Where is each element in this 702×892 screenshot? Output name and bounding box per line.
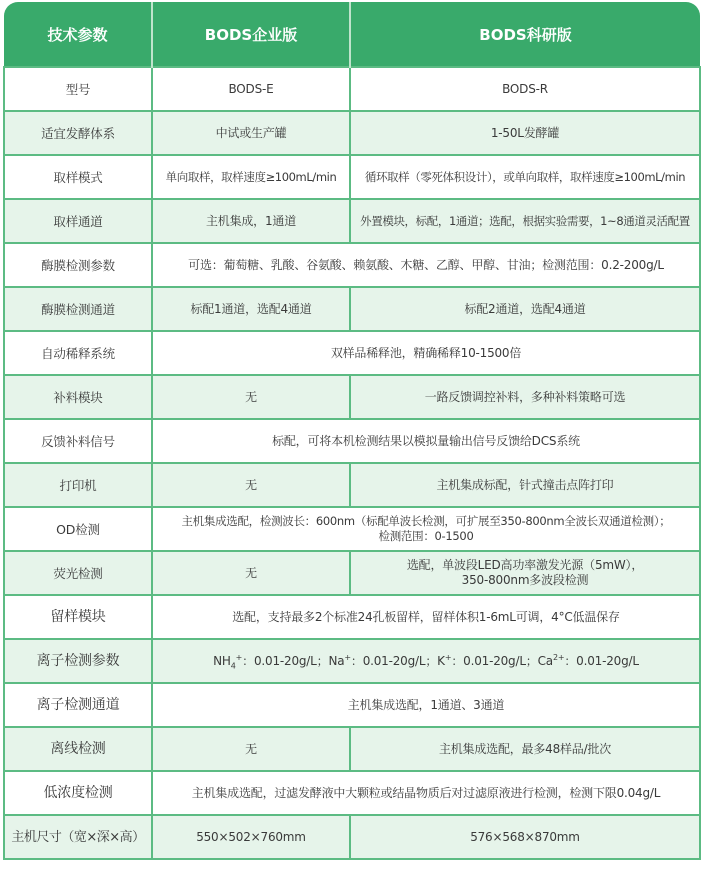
- table-row-dimensions: 主机尺寸（宽×深×高） 550×502×760mm 576×568×870mm: [4, 815, 700, 859]
- table-row-printer: 打印机 无 主机集成标配，针式撞击点阵打印: [4, 463, 700, 507]
- research-value: BODS-R: [350, 67, 700, 111]
- table-row-od-detection: OD检测 主机集成选配，检测波长：600nm（标配单波长检测，可扩展至350-8…: [4, 507, 700, 551]
- header-param: 技术参数: [4, 2, 152, 67]
- table-row-offline-detection: 离线检测 无 主机集成选配，最多48样品/批次: [4, 727, 700, 771]
- row-label: 荧光检测: [4, 551, 152, 595]
- row-label: 留样模块: [4, 595, 152, 639]
- table-row-feedback-signal: 反馈补料信号 标配，可将本机检测结果以模拟量输出信号反馈给DCS系统: [4, 419, 700, 463]
- table-row-low-concentration: 低浓度检测 主机集成选配，过滤发酵液中大颗粒或结晶物质后对过滤原液进行检测，检测…: [4, 771, 700, 815]
- research-value: 选配，单波段LED高功率激发光源（5mW）， 350-800nm多波段检测: [350, 551, 700, 595]
- enterprise-value: 中试或生产罐: [152, 111, 350, 155]
- enterprise-value: 无: [152, 551, 350, 595]
- table-row-fluorescence: 荧光检测 无 选配，单波段LED高功率激发光源（5mW）， 350-800nm多…: [4, 551, 700, 595]
- row-label: 自动稀释系统: [4, 331, 152, 375]
- enterprise-value: 550×502×760mm: [152, 815, 350, 859]
- table-header-row: 技术参数 BODS企业版 BODS科研版: [4, 2, 700, 67]
- research-value: 一路反馈调控补料，多种补料策略可选: [350, 375, 700, 419]
- enterprise-value: 无: [152, 375, 350, 419]
- merged-value: 主机集成选配，1通道、3通道: [152, 683, 700, 727]
- table-row-sampling-channel: 取样通道 主机集成，1通道 外置模块，标配，1通道；选配，根据实验需要，1~8通…: [4, 199, 700, 243]
- research-value: 循环取样（零死体积设计），或单向取样，取样速度≥100mL/min: [350, 155, 700, 199]
- research-value: 主机集成标配，针式撞击点阵打印: [350, 463, 700, 507]
- research-value: 外置模块，标配，1通道；选配，根据实验需要，1~8通道灵活配置: [350, 199, 700, 243]
- table-row-sample-retention: 留样模块 选配，支持最多2个标准24孔板留样，留样体积1-6mL可调，4°C低温…: [4, 595, 700, 639]
- row-label: 型号: [4, 67, 152, 111]
- row-label: 打印机: [4, 463, 152, 507]
- table-row-fermentation-system: 适宜发酵体系 中试或生产罐 1-50L发酵罐: [4, 111, 700, 155]
- row-label: 离子检测通道: [4, 683, 152, 727]
- merged-value: 标配，可将本机检测结果以模拟量输出信号反馈给DCS系统: [152, 419, 700, 463]
- row-label: 反馈补料信号: [4, 419, 152, 463]
- od-line-2: 检测范围：0-1500: [157, 529, 695, 544]
- row-label: 酶膜检测参数: [4, 243, 152, 287]
- row-label: 主机尺寸（宽×深×高）: [4, 815, 152, 859]
- row-label: 离子检测参数: [4, 639, 152, 683]
- table-row-ion-params: 离子检测参数 NH4+：0.01-20g/L；Na+：0.01-20g/L；K+…: [4, 639, 700, 683]
- enterprise-value: 主机集成，1通道: [152, 199, 350, 243]
- merged-value: 可选：葡萄糖、乳酸、谷氨酸、赖氨酸、木糖、乙醇、甲醇、甘油；检测范围：0.2-2…: [152, 243, 700, 287]
- table-row-auto-dilution: 自动稀释系统 双样品稀释池，精确稀释10-1500倍: [4, 331, 700, 375]
- merged-value: 双样品稀释池，精确稀释10-1500倍: [152, 331, 700, 375]
- row-label: 取样模式: [4, 155, 152, 199]
- header-research: BODS科研版: [350, 2, 700, 67]
- row-label: 取样通道: [4, 199, 152, 243]
- research-value: 576×568×870mm: [350, 815, 700, 859]
- enterprise-value: BODS-E: [152, 67, 350, 111]
- enterprise-value: 无: [152, 727, 350, 771]
- row-label: 补料模块: [4, 375, 152, 419]
- table-row-enzyme-channel: 酶膜检测通道 标配1通道，选配4通道 标配2通道，选配4通道: [4, 287, 700, 331]
- row-label: 酶膜检测通道: [4, 287, 152, 331]
- header-enterprise: BODS企业版: [152, 2, 350, 67]
- merged-value: 选配，支持最多2个标准24孔板留样，留样体积1-6mL可调，4°C低温保存: [152, 595, 700, 639]
- research-value: 标配2通道，选配4通道: [350, 287, 700, 331]
- spec-comparison-table: 技术参数 BODS企业版 BODS科研版 型号 BODS-E BODS-R 适宜…: [3, 2, 701, 860]
- fluor-line-1: 选配，单波段LED高功率激发光源（5mW），: [355, 558, 695, 573]
- row-label: 离线检测: [4, 727, 152, 771]
- row-label: OD检测: [4, 507, 152, 551]
- table-row-ion-channel: 离子检测通道 主机集成选配，1通道、3通道: [4, 683, 700, 727]
- table-row-feeding-module: 补料模块 无 一路反馈调控补料，多种补料策略可选: [4, 375, 700, 419]
- merged-value: 主机集成选配，过滤发酵液中大颗粒或结晶物质后对过滤原液进行检测，检测下限0.04…: [152, 771, 700, 815]
- fluor-line-2: 350-800nm多波段检测: [355, 573, 695, 588]
- enterprise-value: 单向取样，取样速度≥100mL/min: [152, 155, 350, 199]
- row-label: 适宜发酵体系: [4, 111, 152, 155]
- enterprise-value: 标配1通道，选配4通道: [152, 287, 350, 331]
- research-value: 1-50L发酵罐: [350, 111, 700, 155]
- merged-value: NH4+：0.01-20g/L；Na+：0.01-20g/L；K+：0.01-2…: [152, 639, 700, 683]
- table-row-enzyme-params: 酶膜检测参数 可选：葡萄糖、乳酸、谷氨酸、赖氨酸、木糖、乙醇、甲醇、甘油；检测范…: [4, 243, 700, 287]
- row-label: 低浓度检测: [4, 771, 152, 815]
- table-row-model: 型号 BODS-E BODS-R: [4, 67, 700, 111]
- table-row-sampling-mode: 取样模式 单向取样，取样速度≥100mL/min 循环取样（零死体积设计），或单…: [4, 155, 700, 199]
- merged-value: 主机集成选配，检测波长：600nm（标配单波长检测，可扩展至350-800nm全…: [152, 507, 700, 551]
- research-value: 主机集成选配，最多48样品/批次: [350, 727, 700, 771]
- od-line-1: 主机集成选配，检测波长：600nm（标配单波长检测，可扩展至350-800nm全…: [157, 514, 695, 529]
- enterprise-value: 无: [152, 463, 350, 507]
